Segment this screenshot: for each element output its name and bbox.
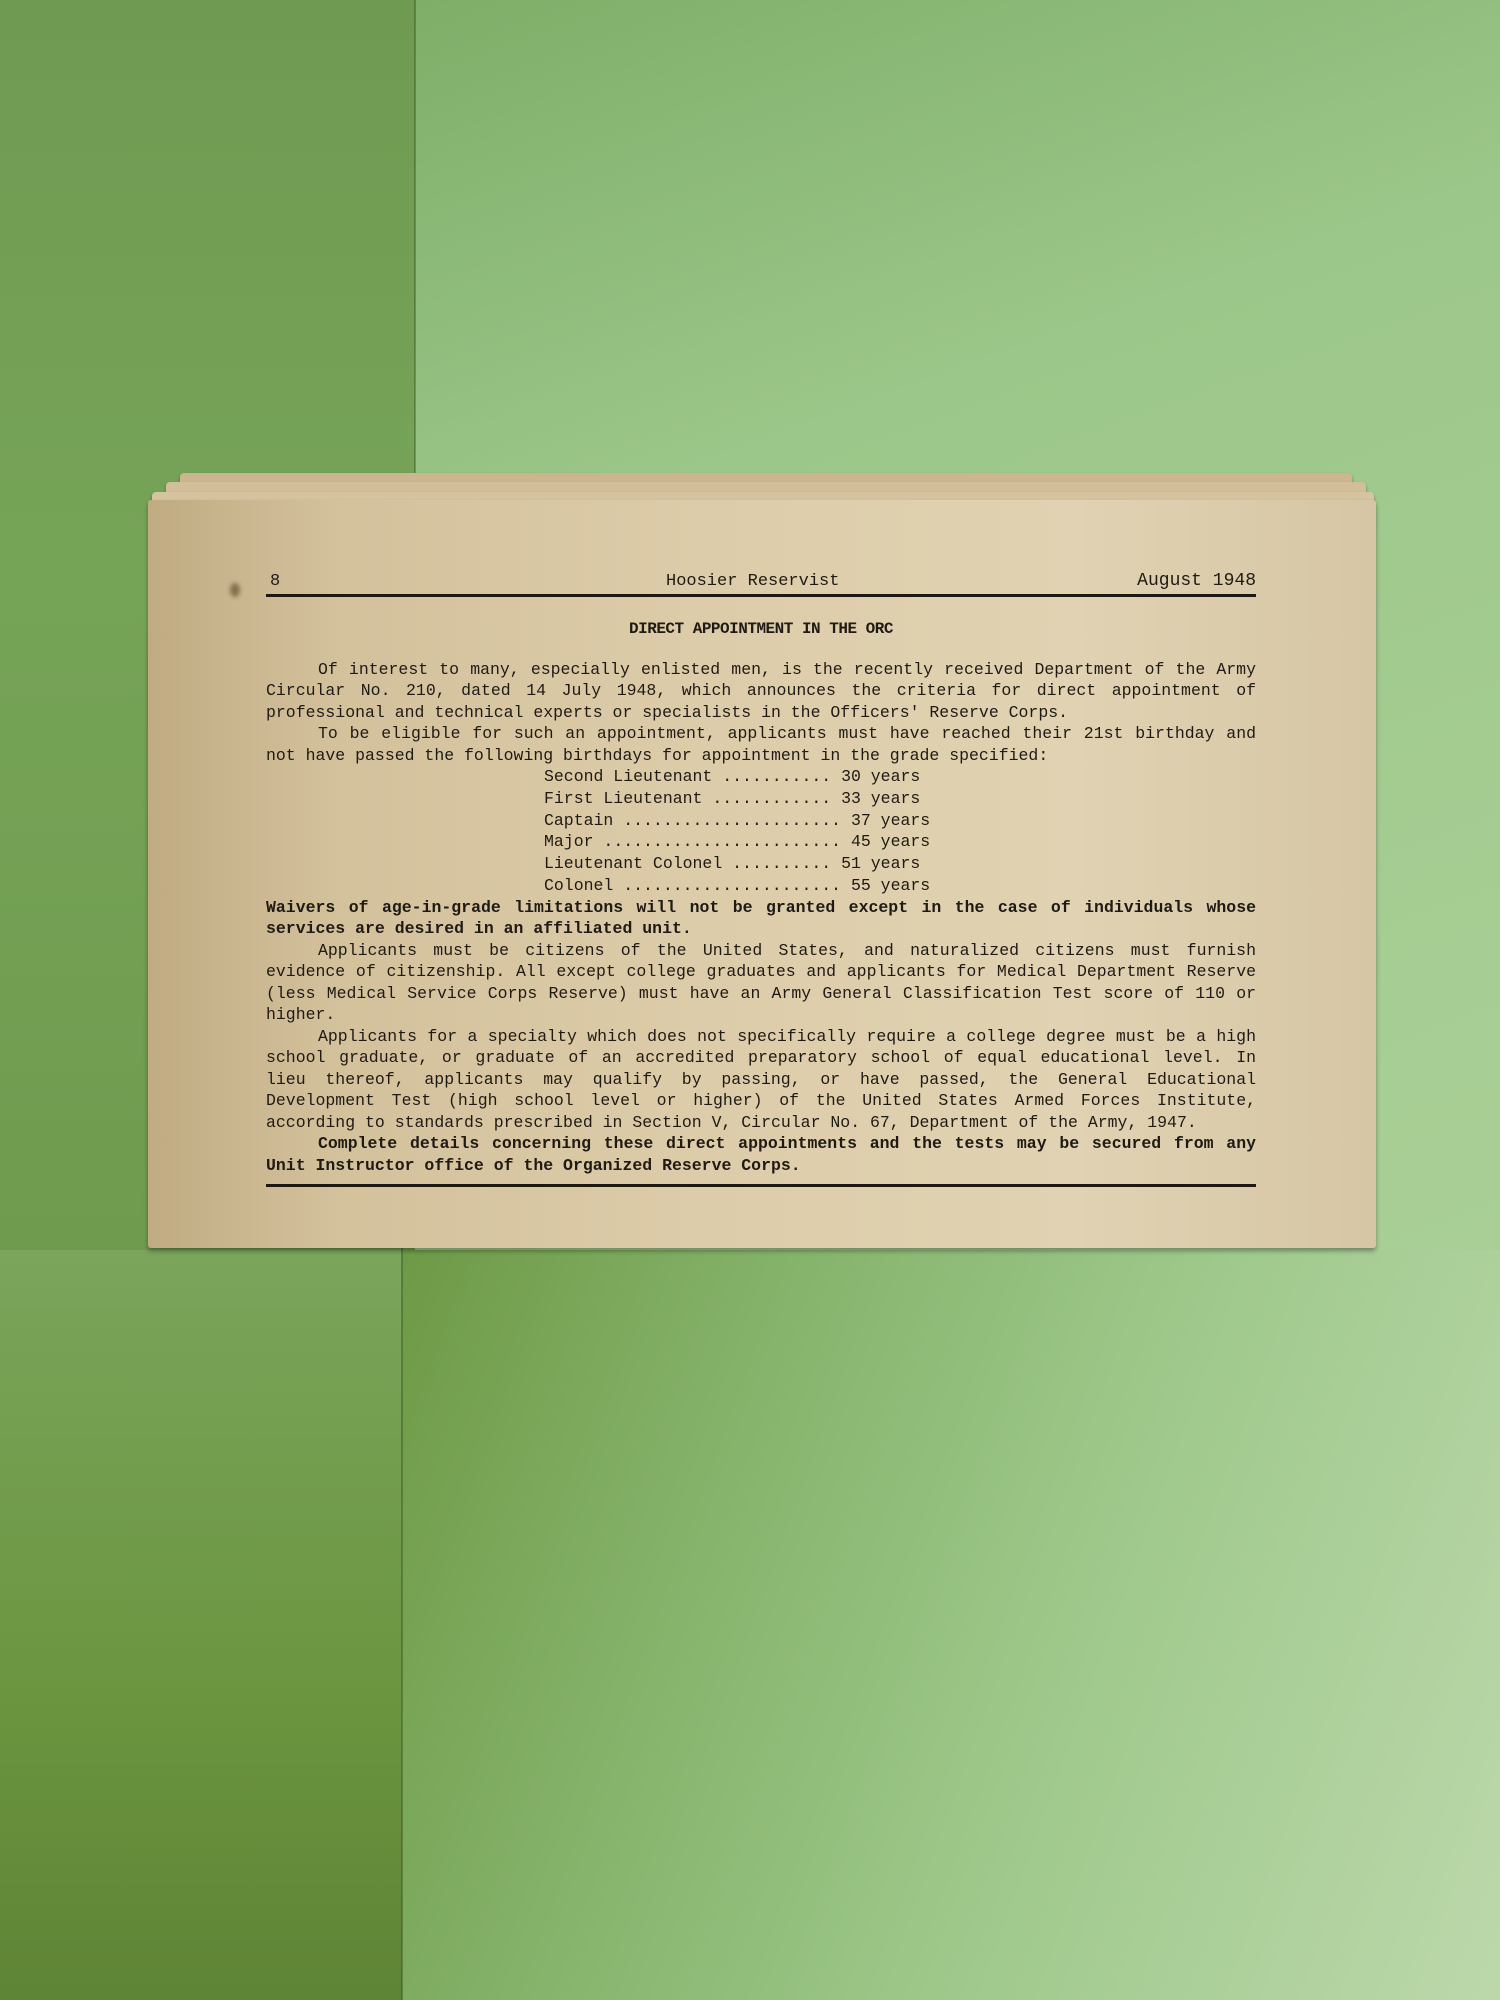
paragraph-intro: Of interest to many, especially enlisted… xyxy=(266,659,1256,724)
article-title: DIRECT APPOINTMENT IN THE ORC xyxy=(266,619,1256,641)
background-seam xyxy=(414,0,416,500)
age-limit-row: Lieutenant Colonel .......... 51 years xyxy=(544,853,1256,875)
age-limit-row: Major ........................ 45 years xyxy=(544,831,1256,853)
age-limit-row: Captain ...................... 37 years xyxy=(544,810,1256,832)
paper-stain xyxy=(230,583,240,597)
paragraph-citizenship: Applicants must be citizens of the Unite… xyxy=(266,940,1256,1026)
page-number: 8 xyxy=(270,571,280,593)
publication-date: August 1948 xyxy=(1137,571,1256,593)
paragraph-details: Complete details concerning these direct… xyxy=(266,1133,1256,1176)
publication-title: Hoosier Reservist xyxy=(666,571,839,593)
background-lower-right-panel xyxy=(402,1250,1500,2000)
age-limit-row: Second Lieutenant ........... 30 years xyxy=(544,766,1256,788)
paragraph-eligibility: To be eligible for such an appointment, … xyxy=(266,723,1256,766)
age-limits-table: Second Lieutenant ........... 30 years F… xyxy=(544,766,1256,897)
page-header: 8 Hoosier Reservist August 1948 xyxy=(266,560,1256,597)
document-body: 8 Hoosier Reservist August 1948 DIRECT A… xyxy=(266,560,1256,1187)
background-seam xyxy=(401,1248,403,2000)
paragraph-education: Applicants for a specialty which does no… xyxy=(266,1026,1256,1134)
footer-rule xyxy=(266,1184,1256,1187)
age-limit-row: First Lieutenant ............ 33 years xyxy=(544,788,1256,810)
age-limit-row: Colonel ...................... 55 years xyxy=(544,875,1256,897)
paragraph-waivers: Waivers of age-in-grade limitations will… xyxy=(266,897,1256,940)
background-lower-left-panel xyxy=(0,1250,402,2000)
